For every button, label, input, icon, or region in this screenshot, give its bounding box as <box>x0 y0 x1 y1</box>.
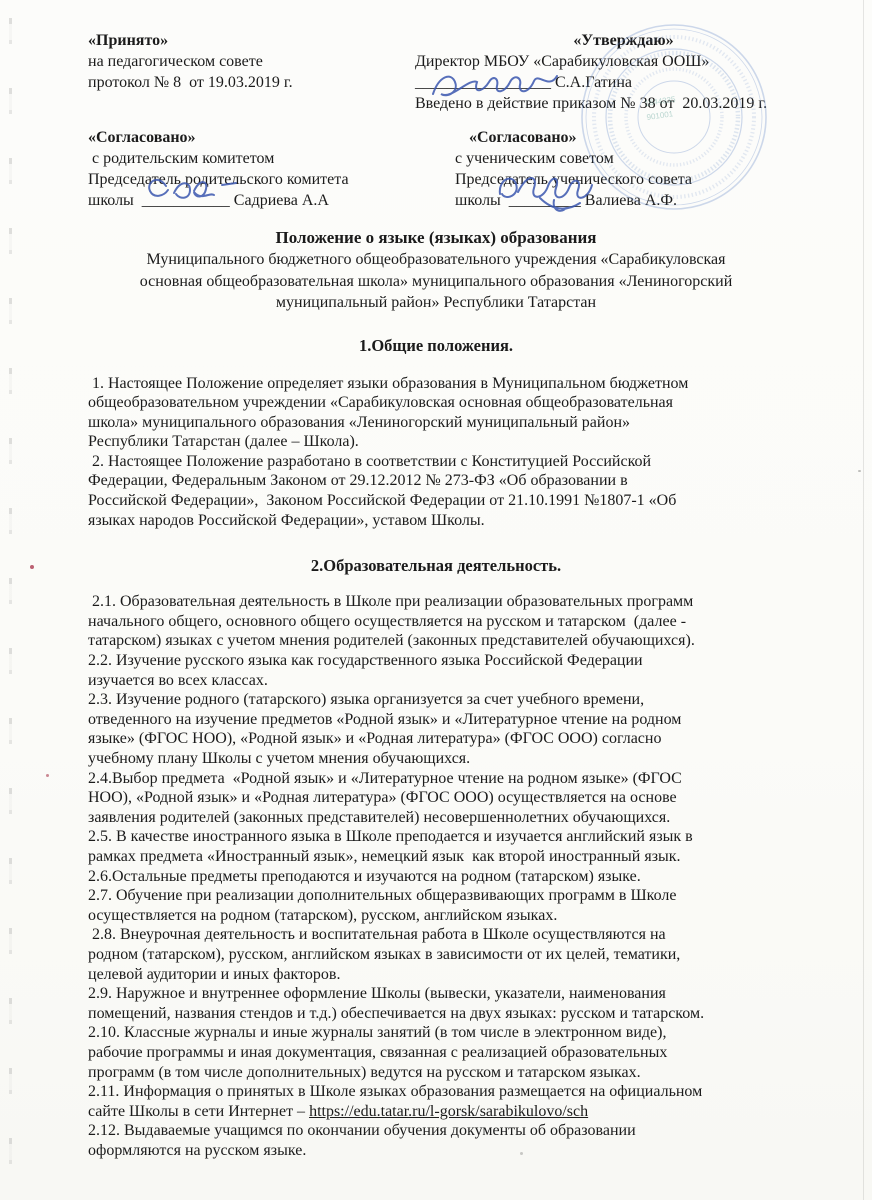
scanned-document-page: 1644335 901001 «Принято» на педагогическ… <box>0 0 872 1200</box>
site-line-prefix: сайте Школы в сети Интернет – <box>88 1103 309 1120</box>
paragraph-2-7: 2.7. Обучение при реализации дополнитель… <box>88 886 836 925</box>
document-title: Положение о языке (языках) образования <box>0 227 872 249</box>
school-site-url: https://edu.tatar.ru/l-gorsk/sarabikulov… <box>309 1103 588 1120</box>
agreed-students-block: «Согласовано» с ученическим советом Пред… <box>415 127 832 211</box>
text-line: 2.8. Внеурочная деятельность и воспитате… <box>88 925 836 945</box>
paragraph-2-11: 2.11. Информация о принятых в Школе язык… <box>88 1082 836 1121</box>
agreement-header-row: «Согласовано» с родительским комитетом П… <box>88 127 832 211</box>
scan-edge-artifact-left <box>9 0 12 1200</box>
text-line: 1. Настоящее Положение определяет языки … <box>88 374 836 394</box>
text-line: Республики Татарстан (далее – Школа). <box>88 432 836 452</box>
director-signature-line: _________________ С.А.Гатина <box>415 72 832 93</box>
text-line: языках народов Российской Федерации», ус… <box>88 511 836 531</box>
scan-speck <box>858 470 861 472</box>
paragraph-1: 1. Настоящее Положение определяет языки … <box>88 374 836 452</box>
text-line: языке» (ФГОС НОО), «Родной язык» и «Родн… <box>88 729 836 749</box>
section-2-body: 2.1. Образовательная деятельность в Школ… <box>88 592 836 1160</box>
paragraph-2-6: 2.6.Остальные предметы преподаются и изу… <box>88 867 836 887</box>
text-line: Федерации, Федеральным Законом от 29.12.… <box>88 471 836 491</box>
section-1-heading: 1.Общие положения. <box>0 336 872 356</box>
text-line: 2.7. Обучение при реализации дополнитель… <box>88 886 836 906</box>
accepted-protocol-line: протокол № 8 от 19.03.2019 г. <box>88 72 415 93</box>
document-title-block: Положение о языке (языках) образования М… <box>0 227 872 314</box>
text-line: начального общего, основного общего осущ… <box>88 612 836 632</box>
text-line: учебному плану Школы с учетом мнения обу… <box>88 749 836 769</box>
director-line: Директор МБОУ «Сарабикуловская ООШ» <box>415 51 832 72</box>
text-line: целевой аудитории и иных факторов. <box>88 965 836 985</box>
paragraph-2-3: 2.3. Изучение родного (татарского) языка… <box>88 690 836 768</box>
text-line: сайте Школы в сети Интернет – https://ed… <box>88 1102 836 1122</box>
scan-edge-artifact-right <box>863 0 864 1200</box>
text-line: основная общеобразовательная школа» муни… <box>0 271 872 293</box>
text-line: Российской Федерации», Законом Российско… <box>88 491 836 511</box>
agreed-parents-line1: с родительским комитетом <box>88 148 415 169</box>
text-line: 2.9. Наружное и внутреннее оформление Шк… <box>88 984 836 1004</box>
accepted-body-line: на педагогическом совете <box>88 51 415 72</box>
paragraph-2-5: 2.5. В качестве иностранного языка в Шко… <box>88 827 836 866</box>
text-line: татарском) языках с учетом мнения родите… <box>88 631 836 651</box>
agreed-parents-line2: Председатель родительского комитета <box>88 169 415 190</box>
agreed-students-line1: с ученическим советом <box>455 148 832 169</box>
paragraph-2-1: 2.1. Образовательная деятельность в Школ… <box>88 592 836 651</box>
text-line: помещений, названия стендов и т.д.) обес… <box>88 1004 836 1024</box>
paragraph-2-8: 2.8. Внеурочная деятельность и воспитате… <box>88 925 836 984</box>
document-subtitle: Муниципального бюджетного общеобразовате… <box>0 249 872 314</box>
paragraph-2-12: 2.12. Выдаваемые учащимся по окончании о… <box>88 1121 836 1160</box>
text-line: оформляются на русском языке. <box>88 1141 836 1161</box>
paragraph-2-4: 2.4.Выбор предмета «Родной язык» и «Лите… <box>88 769 836 828</box>
paragraph-2-9: 2.9. Наружное и внутреннее оформление Шк… <box>88 984 836 1023</box>
agreed-parents-block: «Согласовано» с родительским комитетом П… <box>88 127 415 211</box>
text-line: 2.5. В качестве иностранного языка в Шко… <box>88 827 836 847</box>
text-line: 2.12. Выдаваемые учащимся по окончании о… <box>88 1121 836 1141</box>
agreed-students-label: «Согласовано» <box>455 127 832 148</box>
paragraph-2-10: 2.10. Классные журналы и иные журналы за… <box>88 1023 836 1082</box>
text-line: изучается во всех классах. <box>88 671 836 691</box>
scan-speck <box>520 1152 523 1155</box>
text-line: НОО), «Родной язык» и «Родная литература… <box>88 788 836 808</box>
approval-header-row: «Принято» на педагогическом совете прото… <box>88 0 832 114</box>
text-line: 2.11. Информация о принятых в Школе язык… <box>88 1082 836 1102</box>
ink-speck <box>30 565 34 569</box>
ink-speck <box>46 774 49 777</box>
order-line: Введено в действие приказом № 38 от 20.0… <box>415 93 832 114</box>
approved-label: «Утверждаю» <box>415 30 832 51</box>
paragraph-2-2: 2.2. Изучение русского языка как государ… <box>88 651 836 690</box>
approved-block: «Утверждаю» Директор МБОУ «Сарабикуловск… <box>415 30 832 114</box>
text-line: программ (в том числе дополнительных) ве… <box>88 1063 836 1083</box>
section-1-body: 1. Настоящее Положение определяет языки … <box>88 374 836 531</box>
agreed-students-signature-line: школы _________ Валиева А.Ф. <box>455 190 832 211</box>
text-line: рамках предмета «Иностранный язык», неме… <box>88 847 836 867</box>
agreed-parents-signature-line: школы ___________ Садриева А.А <box>88 190 415 211</box>
accepted-label: «Принято» <box>88 30 415 51</box>
text-line: 2.2. Изучение русского языка как государ… <box>88 651 836 671</box>
text-line: родном (татарском), русском, английском … <box>88 945 836 965</box>
agreed-students-line2: Председатель ученического совета <box>455 169 832 190</box>
text-line: 2. Настоящее Положение разработано в соо… <box>88 452 836 472</box>
text-line: школа» муниципального образования «Ленин… <box>88 413 836 433</box>
text-line: 2.1. Образовательная деятельность в Школ… <box>88 592 836 612</box>
text-line: Муниципального бюджетного общеобразовате… <box>0 249 872 271</box>
text-line: 2.6.Остальные предметы преподаются и изу… <box>88 867 836 887</box>
text-line: 2.3. Изучение родного (татарского) языка… <box>88 690 836 710</box>
section-2-heading: 2.Образовательная деятельность. <box>0 556 872 576</box>
text-line: отведенного на изучение предметов «Родно… <box>88 710 836 730</box>
text-line: муниципальный район» Республики Татарста… <box>0 292 872 314</box>
text-line: рабочие программы и иная документация, с… <box>88 1043 836 1063</box>
text-line: 2.10. Классные журналы и иные журналы за… <box>88 1023 836 1043</box>
text-line: осуществляется на родном (татарском), ру… <box>88 906 836 926</box>
text-line: общеобразовательном учреждении «Сарабику… <box>88 393 836 413</box>
agreed-parents-label: «Согласовано» <box>88 127 415 148</box>
paragraph-2: 2. Настоящее Положение разработано в соо… <box>88 452 836 530</box>
accepted-block: «Принято» на педагогическом совете прото… <box>88 30 415 114</box>
text-line: заявления родителей (законных представит… <box>88 808 836 828</box>
text-line: 2.4.Выбор предмета «Родной язык» и «Лите… <box>88 769 836 789</box>
